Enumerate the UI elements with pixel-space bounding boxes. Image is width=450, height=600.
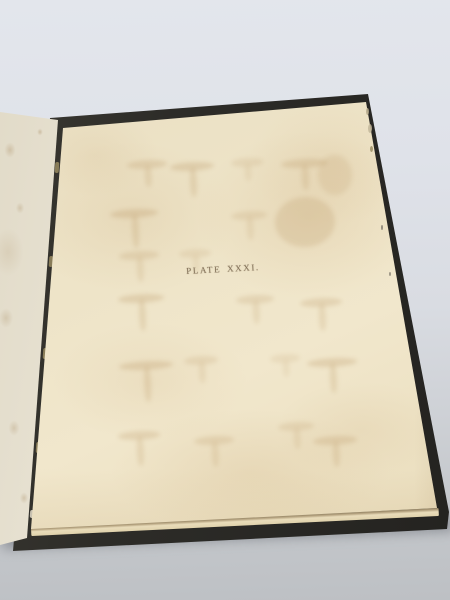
stain-mark <box>231 157 265 203</box>
stain-mark <box>278 421 316 467</box>
cover-worn-spot <box>368 124 372 133</box>
stain-mark <box>119 360 175 407</box>
stain-mark <box>118 293 166 339</box>
binding-thread <box>55 162 60 173</box>
stain-mark <box>270 353 302 399</box>
cover-worn-spot <box>389 272 391 276</box>
cover-worn-spot <box>366 108 369 115</box>
stain-mark <box>231 210 269 256</box>
stain-mark <box>307 357 359 404</box>
stain-mark <box>236 294 276 340</box>
photo-scene: PLATE XXXI. <box>0 0 450 600</box>
stain-mark <box>110 208 160 254</box>
cover-worn-spot <box>370 146 373 152</box>
stain-mark <box>170 161 216 207</box>
stain-mark <box>300 297 344 343</box>
stain-mark <box>317 154 353 196</box>
cover-worn-spot <box>381 225 383 230</box>
stain-mark <box>118 430 162 476</box>
stain-mark <box>127 159 169 205</box>
stain-mark <box>313 435 359 481</box>
stain-mark <box>194 435 236 481</box>
stain-mark <box>274 195 337 248</box>
right-page: PLATE XXXI. <box>0 0 450 600</box>
stain-mark <box>119 250 161 296</box>
stain-mark <box>184 355 220 401</box>
